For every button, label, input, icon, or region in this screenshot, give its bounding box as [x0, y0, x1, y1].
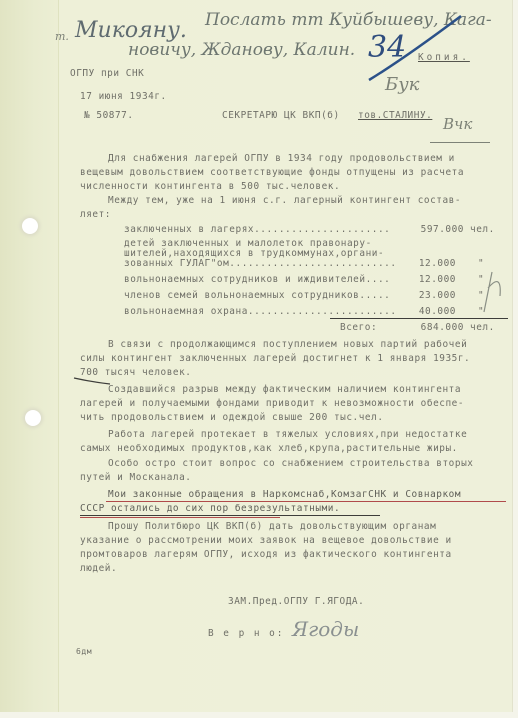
- table-row-label: вольнонаемная охрана....................…: [124, 306, 397, 317]
- table-row-value: 40.000: [400, 306, 456, 317]
- body-line: Особо остро стоит вопрос со снабжением с…: [108, 458, 473, 469]
- body-line: Прошу Политбюро ЦК ВКП(б) дать довольств…: [108, 521, 436, 532]
- org-name: ОГПУ при СНК: [70, 68, 144, 79]
- body-line: людей.: [80, 563, 117, 574]
- handwritten-signature: Ягоды: [292, 617, 359, 641]
- handwritten-resolution-line2: новичу, Жданову, Калин.: [128, 40, 355, 60]
- addressee: СЕКРЕТАРЮ ЦК ВКП(б): [222, 110, 340, 121]
- red-underline: [106, 501, 506, 502]
- table-row-value: 23.000: [400, 290, 456, 301]
- handwritten-check-icon: [478, 268, 508, 318]
- dark-underline: [80, 515, 380, 516]
- body-line: вещевым довольствием соответствующие фон…: [80, 167, 464, 178]
- body-line: Работа лагерей протекает в тяжелых услов…: [108, 429, 467, 440]
- document-number: № 50877.: [84, 110, 134, 121]
- total-label: Всего:: [340, 322, 377, 333]
- document-page: т. Микояну. Послать тт Куйбышеву, Кага- …: [0, 0, 513, 712]
- table-row-value: 597.000: [400, 224, 464, 235]
- table-row-value: 12.000: [400, 274, 456, 285]
- table-row-label: зованных ГУЛАГ"ом.......................…: [124, 258, 397, 269]
- total-value: 684.000: [400, 322, 464, 333]
- table-row-label: вольнонаемных сотрудников и иждивителей.…: [124, 274, 390, 285]
- body-line-emphasized: СССР остались до сих пор безрезультатным…: [80, 503, 340, 514]
- page-fold: [0, 0, 59, 712]
- addressee-name: тов.СТАЛИНУ.: [358, 110, 432, 121]
- body-line: указание о рассмотрении моих заявок на в…: [80, 535, 452, 546]
- punch-hole: [22, 218, 38, 234]
- table-row-value: 12.000: [400, 258, 456, 269]
- table-row-label: заключенных в лагерях...................…: [124, 224, 390, 235]
- total-unit: чел.: [470, 322, 495, 333]
- body-line: путей и Москанала.: [80, 472, 192, 483]
- body-line-emphasized: Мои законные обращения в Наркомснаб,Комз…: [108, 489, 461, 500]
- body-line: промтоваров лагерям ОГПУ, исходя из факт…: [80, 549, 452, 560]
- handwritten-underline: [72, 376, 112, 386]
- sum-rule: [330, 318, 508, 319]
- handwritten-prefix: т.: [55, 30, 69, 43]
- initials-underline: [430, 142, 490, 143]
- signature-line: ЗАМ.Пред.ОГПУ Г.ЯГОДА.: [228, 596, 364, 607]
- body-line: Создавшийся разрыв между фактическим нал…: [108, 384, 461, 395]
- body-line: силы контингент заключенных лагерей дост…: [80, 353, 470, 364]
- punch-hole: [25, 410, 41, 426]
- handwritten-initials-2: Вчк: [443, 115, 472, 133]
- table-row-unit: чел.: [470, 224, 495, 235]
- verno-label: В е р н о:: [208, 628, 284, 639]
- table-row-label: членов семей вольнонаемных сотрудников..…: [124, 290, 390, 301]
- body-line: ляет:: [80, 209, 111, 220]
- copy-mark: Копия.: [418, 52, 470, 63]
- typist-mark: 6дм: [76, 646, 92, 657]
- body-line: лагерей и получаемыми фондами приводит к…: [80, 398, 464, 409]
- body-line: Между тем, уже на 1 июня с.г. лагерный к…: [108, 195, 461, 206]
- document-date: 17 июня 1934г.: [80, 91, 167, 102]
- body-line: чить продовольствием и одеждой свыше 200…: [80, 412, 384, 423]
- handwritten-initials: Бук: [385, 74, 419, 95]
- red-underline: [80, 517, 280, 518]
- body-line: Для снабжения лагерей ОГПУ в 1934 году п…: [108, 153, 455, 164]
- body-line: В связи с продолжающимся поступлением но…: [108, 339, 467, 350]
- body-line: численности контингента в 500 тыс.челове…: [80, 181, 340, 192]
- body-line: самых необходимых продуктов,как хлеб,кру…: [80, 443, 458, 454]
